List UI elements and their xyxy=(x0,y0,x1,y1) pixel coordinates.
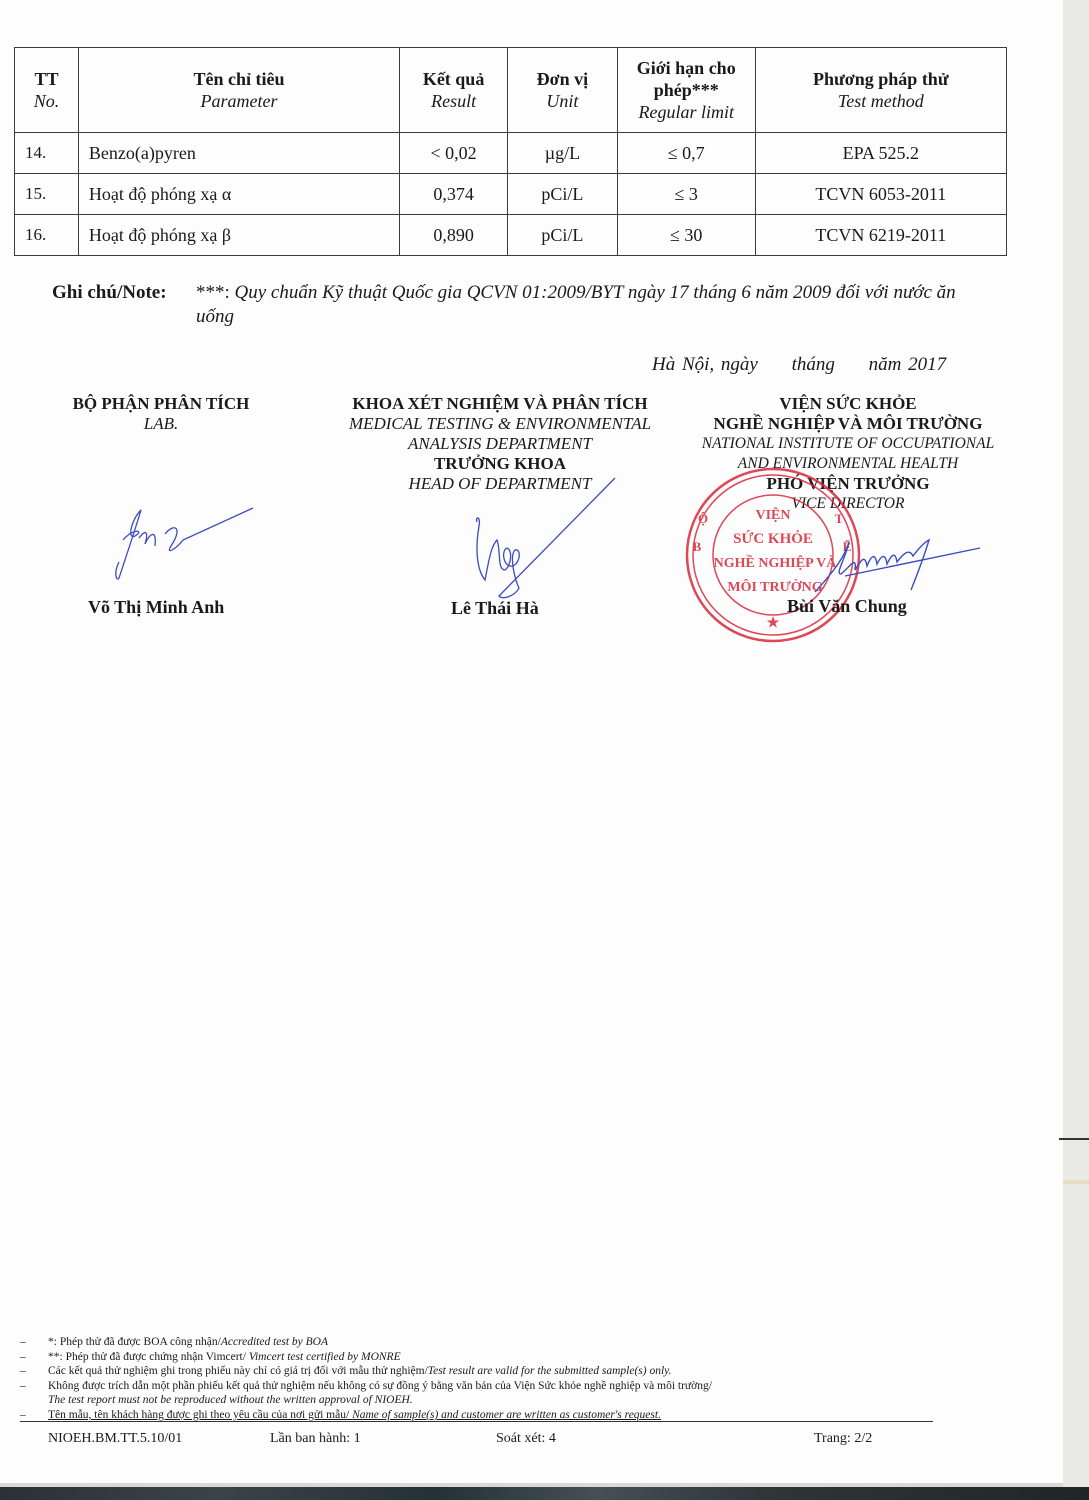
footnote-item: The test report must not be reproduced w… xyxy=(20,1393,940,1408)
cell-parameter: Hoạt độ phóng xạ β xyxy=(78,215,399,256)
table-header-row: TTNo. Tên chỉ tiêuParameter Kết quảResul… xyxy=(15,48,1007,133)
svg-text:VIỆN: VIỆN xyxy=(755,506,790,523)
bullet-dash: – xyxy=(20,1350,26,1365)
svg-text:Ộ: Ộ xyxy=(698,511,708,526)
cell-limit: ≤ 0,7 xyxy=(617,133,755,174)
signature-block-lab: BỘ PHẬN PHÂN TÍCH LAB. xyxy=(52,394,270,434)
cell-parameter: Benzo(a)pyren xyxy=(78,133,399,174)
cell-method: TCVN 6219-2011 xyxy=(755,215,1006,256)
table-row: 14.Benzo(a)pyren< 0,02µg/L≤ 0,7EPA 525.2 xyxy=(15,133,1007,174)
footnotes: –*: Phép thử đã được BOA công nhận/Accre… xyxy=(20,1335,940,1423)
header-limit: Giới hạn cho phép***Regular limit xyxy=(617,48,755,133)
header-no: TTNo. xyxy=(15,48,79,133)
cell-limit: ≤ 30 xyxy=(617,215,755,256)
footnote-item: –**: Phép thử đã được chứng nhận Vimcert… xyxy=(20,1350,940,1365)
scan-artifact xyxy=(1059,1138,1089,1140)
note-label: Ghi chú/Note: xyxy=(52,281,196,305)
svg-text:B: B xyxy=(693,539,702,554)
bullet-dash: – xyxy=(20,1379,26,1394)
revision-number: Soát xét: 4 xyxy=(496,1431,556,1447)
footnote-item: –Không được trích dẫn một phần phiếu kết… xyxy=(20,1379,940,1394)
signer-name-institute: Bùi Văn Chung xyxy=(787,596,907,617)
bullet-dash: – xyxy=(20,1364,26,1379)
cell-method: EPA 525.2 xyxy=(755,133,1006,174)
issue-number: Lần ban hành: 1 xyxy=(270,1431,361,1447)
svg-text:SỨC KHỎE: SỨC KHỎE xyxy=(733,530,813,547)
header-method: Phương pháp thửTest method xyxy=(755,48,1006,133)
cell-result: 0,374 xyxy=(400,174,508,215)
cell-method: TCVN 6053-2011 xyxy=(755,174,1006,215)
header-unit: Đơn vịUnit xyxy=(507,48,617,133)
table-row: 16.Hoạt độ phóng xạ β0,890pCi/L≤ 30TCVN … xyxy=(15,215,1007,256)
scanner-bed xyxy=(0,1487,1089,1500)
results-table: TTNo. Tên chỉ tiêuParameter Kết quảResul… xyxy=(14,47,1007,256)
table-row: 15.Hoạt độ phóng xạ α0,374pCi/L≤ 3TCVN 6… xyxy=(15,174,1007,215)
note: Ghi chú/Note:***: Quy chuẩn Kỹ thuật Quố… xyxy=(52,281,956,329)
svg-text:★: ★ xyxy=(767,615,780,631)
cell-unit: pCi/L xyxy=(507,215,617,256)
cell-result: 0,890 xyxy=(400,215,508,256)
cell-limit: ≤ 3 xyxy=(617,174,755,215)
signer-name-lab: Võ Thị Minh Anh xyxy=(88,597,224,618)
scan-edge-strip xyxy=(1063,0,1089,1490)
signer-name-department: Lê Thái Hà xyxy=(451,598,539,619)
footnote-item: –Các kết quả thử nghiệm ghi trong phiếu … xyxy=(20,1364,940,1379)
scan-artifact xyxy=(1063,1180,1089,1184)
cell-no: 16. xyxy=(15,215,79,256)
signature-institute xyxy=(805,520,985,600)
footnote-item: –*: Phép thử đã được BOA công nhận/Accre… xyxy=(20,1335,940,1350)
date-line: Hà Nội, ngày tháng năm 2017 xyxy=(652,354,946,376)
signature-department xyxy=(455,470,635,610)
cell-no: 14. xyxy=(15,133,79,174)
cell-unit: pCi/L xyxy=(507,174,617,215)
cell-no: 15. xyxy=(15,174,79,215)
cell-result: < 0,02 xyxy=(400,133,508,174)
header-parameter: Tên chỉ tiêuParameter xyxy=(78,48,399,133)
bullet-dash: – xyxy=(20,1335,26,1350)
footer-divider xyxy=(20,1421,933,1422)
page-number: Trang: 2/2 xyxy=(814,1431,872,1447)
signature-lab xyxy=(105,500,255,585)
form-code: NIOEH.BM.TT.5.10/01 xyxy=(48,1431,182,1447)
header-result: Kết quảResult xyxy=(400,48,508,133)
cell-parameter: Hoạt độ phóng xạ α xyxy=(78,174,399,215)
cell-unit: µg/L xyxy=(507,133,617,174)
note-text: ***: Quy chuẩn Kỹ thuật Quốc gia QCVN 01… xyxy=(196,281,956,329)
